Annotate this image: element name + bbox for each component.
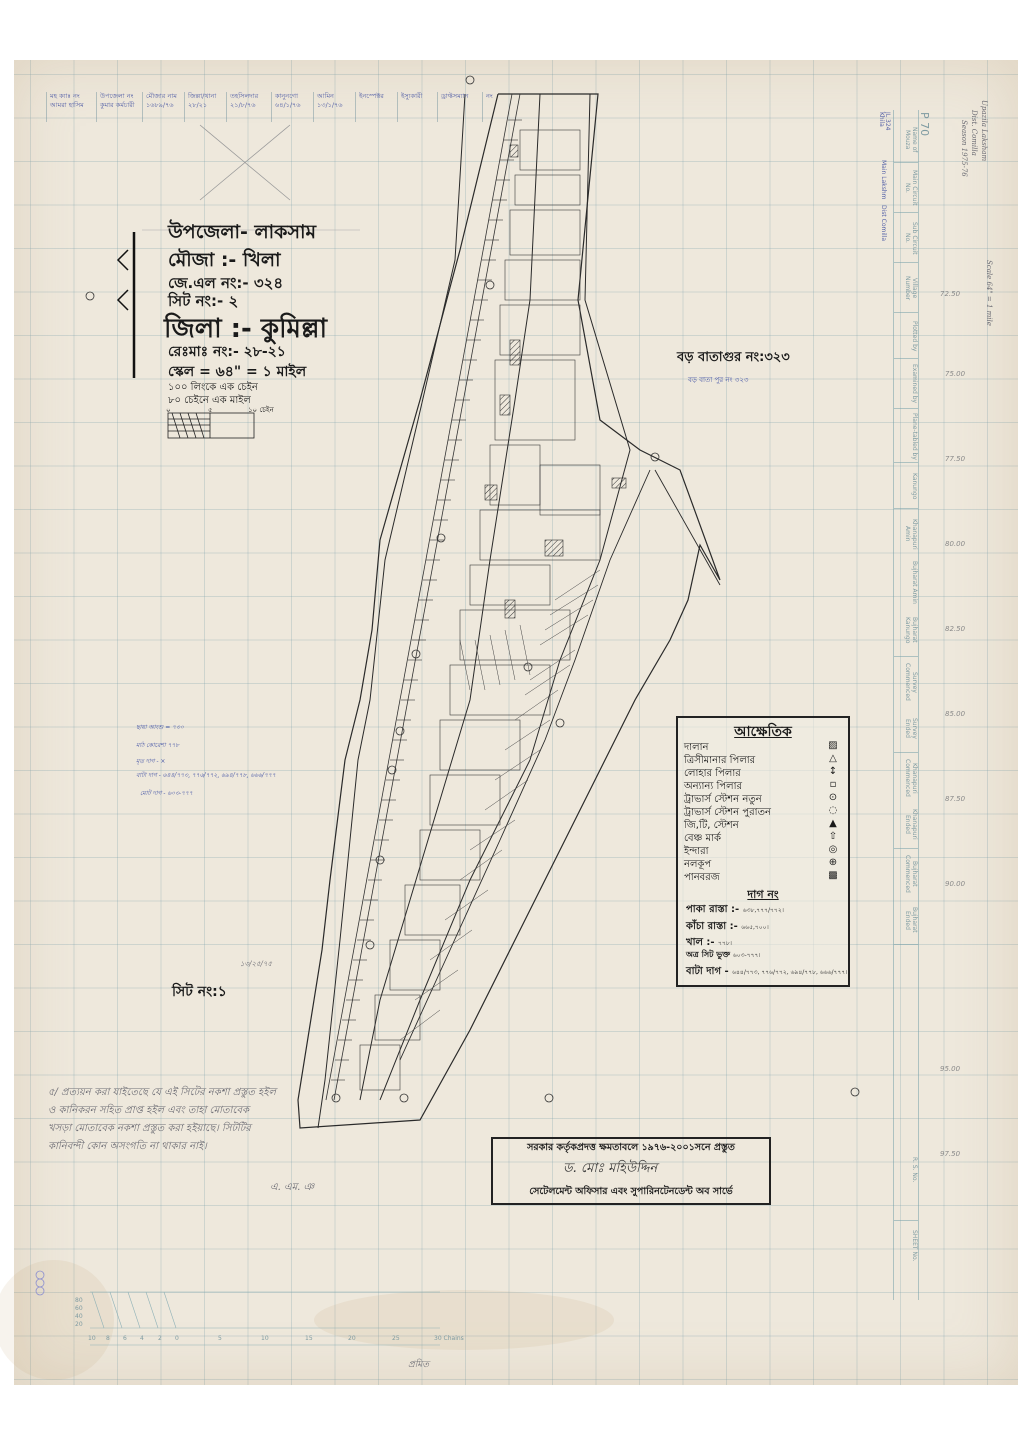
side-label: SHEET No. — [894, 1224, 918, 1268]
scale-tick: 15 — [305, 1335, 313, 1342]
side-label: Khanapuri Commenced — [894, 756, 918, 800]
side-label: Name of Mouza — [894, 120, 918, 160]
margin-note: Season 1975-76 — [960, 120, 968, 177]
scale-tick: 2 — [158, 1335, 162, 1342]
legend-box: আক্ষেতিক দালান ▨ ত্রিসীমানার পিলার △ লোহ… — [676, 716, 850, 987]
dag-row-sheet-range: অত্র সিট ভুক্ত ৬০৩-৭৭৭। — [686, 949, 761, 962]
note-line: খসড়া মোতাবেক নকশা প্রস্তুত করা হইয়াছে।… — [48, 1121, 251, 1138]
grid-ref: 97.50 — [940, 1150, 960, 1158]
dag-row-kutcha-road: কাঁচা রাস্তা :- ৬৬৫,৭০০। — [686, 919, 769, 936]
scale-tick: 10 — [88, 1335, 96, 1342]
neighbor-mouza-label: বড় বাতাগুর নং:৩২৩ — [677, 348, 790, 369]
scale-bar-zero: ০ — [166, 404, 171, 416]
grid-ref: 75.00 — [945, 370, 965, 378]
margin-scale-note: Scale 64" = 1 mile — [985, 260, 993, 326]
side-label: Bujharat Amin — [894, 560, 918, 604]
left-note: মাঠ কোরেশা ৭৭৮ — [136, 740, 179, 751]
dag-row-paved-road: পাকা রাস্তা :- ৬৩৮,৭৭৭/৭৭২। — [686, 902, 784, 919]
grid-ref: 80.00 — [945, 540, 965, 548]
scale-tick: 10 — [261, 1335, 269, 1342]
neighbor-mouza-sublabel: বড় বাতা পুর নং ৩২৩ — [688, 374, 748, 386]
sheet-code: P 70 — [918, 112, 931, 136]
header-col: উপজেলা নংকুমার কর্মচারী — [96, 92, 148, 122]
legend-item: পানবরজ — [684, 870, 720, 887]
scale-tick: 40 — [75, 1313, 83, 1320]
sheet-label-date: ১৩/২৫/৭৫ — [240, 958, 272, 970]
officer-signature: ড. মোঃ মহিউদ্দিন — [563, 1159, 657, 1180]
side-label: Examined by — [894, 362, 918, 406]
certification-text: সরকার কর্তৃকপ্রদত্ত ক্ষমতাবলে ১৯৭৬-২০০১স… — [493, 1141, 769, 1156]
side-label: Bujharat Ended — [894, 900, 918, 940]
grid-ref: 72.50 — [940, 290, 960, 298]
left-note: মৃত দাগ - × — [136, 756, 165, 767]
scale-tick: 20 — [75, 1321, 83, 1328]
scale-tick: 4 — [140, 1335, 144, 1342]
side-label: Khanapuri Amin — [894, 512, 918, 556]
betel-garden-icon: ▩ — [826, 870, 840, 881]
scale-tick: 30 Chains — [434, 1335, 464, 1342]
other-pillar-icon: ▫ — [826, 779, 840, 790]
left-note: বাটা দাগ - ৬৪৪/৭৭৩, ৭৭৬/৭৭২, ৬৯৪/৭৭৮, ৬৬… — [136, 770, 276, 781]
scale-tick: 5 — [218, 1335, 222, 1342]
side-label: Main Circuit No. — [894, 166, 918, 210]
side-label: Plane-tabled by — [894, 412, 918, 460]
left-note: ছায়া আংশু = ৭৩০ — [136, 722, 184, 733]
trijunction-pillar-icon: △ — [826, 753, 840, 764]
side-label: Kanungo — [894, 466, 918, 506]
margin-note: Dist. Comilla — [970, 110, 978, 156]
side-value: Dist Comilla — [880, 205, 887, 241]
side-value: JL 324 — [884, 112, 891, 130]
header-col: মহ ক্যাঃ নংআমরা হাসিম — [46, 92, 98, 122]
note-line: ৫/ প্রত্যয়ন করা যাইতেছে যে এই সিটের নকশ… — [48, 1085, 276, 1102]
scale-bar-ten: ১০ চেইন — [248, 404, 274, 416]
grid-ref: 95.00 — [940, 1065, 960, 1073]
scale-tick: 20 — [348, 1335, 356, 1342]
certification-box: সরকার কর্তৃকপ্রদত্ত ক্ষমতাবলে ১৯৭৬-২০০১স… — [491, 1137, 771, 1205]
note-line: ও কানিকরন সহিত প্রাপ্ত হইল এবং তাহা মোতা… — [48, 1103, 249, 1120]
iron-pillar-icon: ↕ — [826, 766, 840, 777]
side-label: R. S. No. — [894, 1150, 918, 1190]
building-icon: ▨ — [826, 740, 840, 751]
side-label: Bujharat Kanungo — [894, 608, 918, 652]
side-value: Main Lakshm — [880, 160, 887, 200]
note-signature: এ. এম. ঞ — [270, 1180, 314, 1197]
scale-tick: 8 — [106, 1335, 110, 1342]
note-line: কানিবন্দী কোন অসংগতি না থাকার নাই। — [48, 1139, 207, 1156]
side-label: Khanapuri Ended — [894, 804, 918, 844]
left-note: মোট দাগ - ৬০৩-৭৭৭ — [140, 788, 193, 799]
traverse-station-new-icon: ⊙ — [826, 792, 840, 803]
scale-tick: 25 — [392, 1335, 400, 1342]
scale-bar-five: ৫ — [208, 404, 213, 416]
bench-mark-icon: ⇧ — [826, 831, 840, 842]
sheet-header-table: মহ ক্যাঃ নংআমরা হাসিম উপজেলা নংকুমার কর্… — [46, 92, 498, 120]
traverse-station-old-icon: ◌ — [826, 805, 840, 816]
side-label: Bujharat Commenced — [894, 852, 918, 896]
side-register-strip: Name of Mouza Main Circuit No. Sub Circu… — [893, 110, 919, 1300]
scale-tick: 6 — [123, 1335, 127, 1342]
side-label: Survey Ended — [894, 708, 918, 748]
grid-ref: 87.50 — [945, 795, 965, 803]
grid-ref: 77.50 — [945, 455, 965, 463]
side-label: Survey Commenced — [894, 660, 918, 704]
side-label: Sub Circuit No. — [894, 216, 918, 260]
grid-ref: 85.00 — [945, 710, 965, 718]
grid-ref: 90.00 — [945, 880, 965, 888]
side-label: Village Number — [894, 266, 918, 310]
scale-tick: 80 — [75, 1297, 83, 1304]
dag-row-divided: বাটা দাগ - ৬৪৪/৭৭৩, ৭৭৬/৭৭২, ৬৯৪/৭৭৮, ৬৬… — [686, 964, 847, 981]
margin-note: Upazila Laksham — [980, 100, 988, 161]
grid-ref: 82.50 — [945, 625, 965, 633]
well-icon: ◎ — [826, 844, 840, 855]
scale-tick: 0 — [175, 1335, 179, 1342]
bottom-initial: প্রমিত — [408, 1357, 429, 1372]
scale-tick: 60 — [75, 1305, 83, 1312]
adjacent-sheet-label: সিট নং:১ — [172, 980, 227, 1004]
header-col: নং — [482, 92, 505, 122]
side-label: Plotted by — [894, 316, 918, 356]
gt-station-icon: ▲ — [826, 818, 840, 829]
tubewell-icon: ⊕ — [826, 857, 840, 868]
officer-title: সেটেলমেন্ট অফিসার এবং সুপারিনটেনডেন্ট অব… — [493, 1185, 769, 1200]
